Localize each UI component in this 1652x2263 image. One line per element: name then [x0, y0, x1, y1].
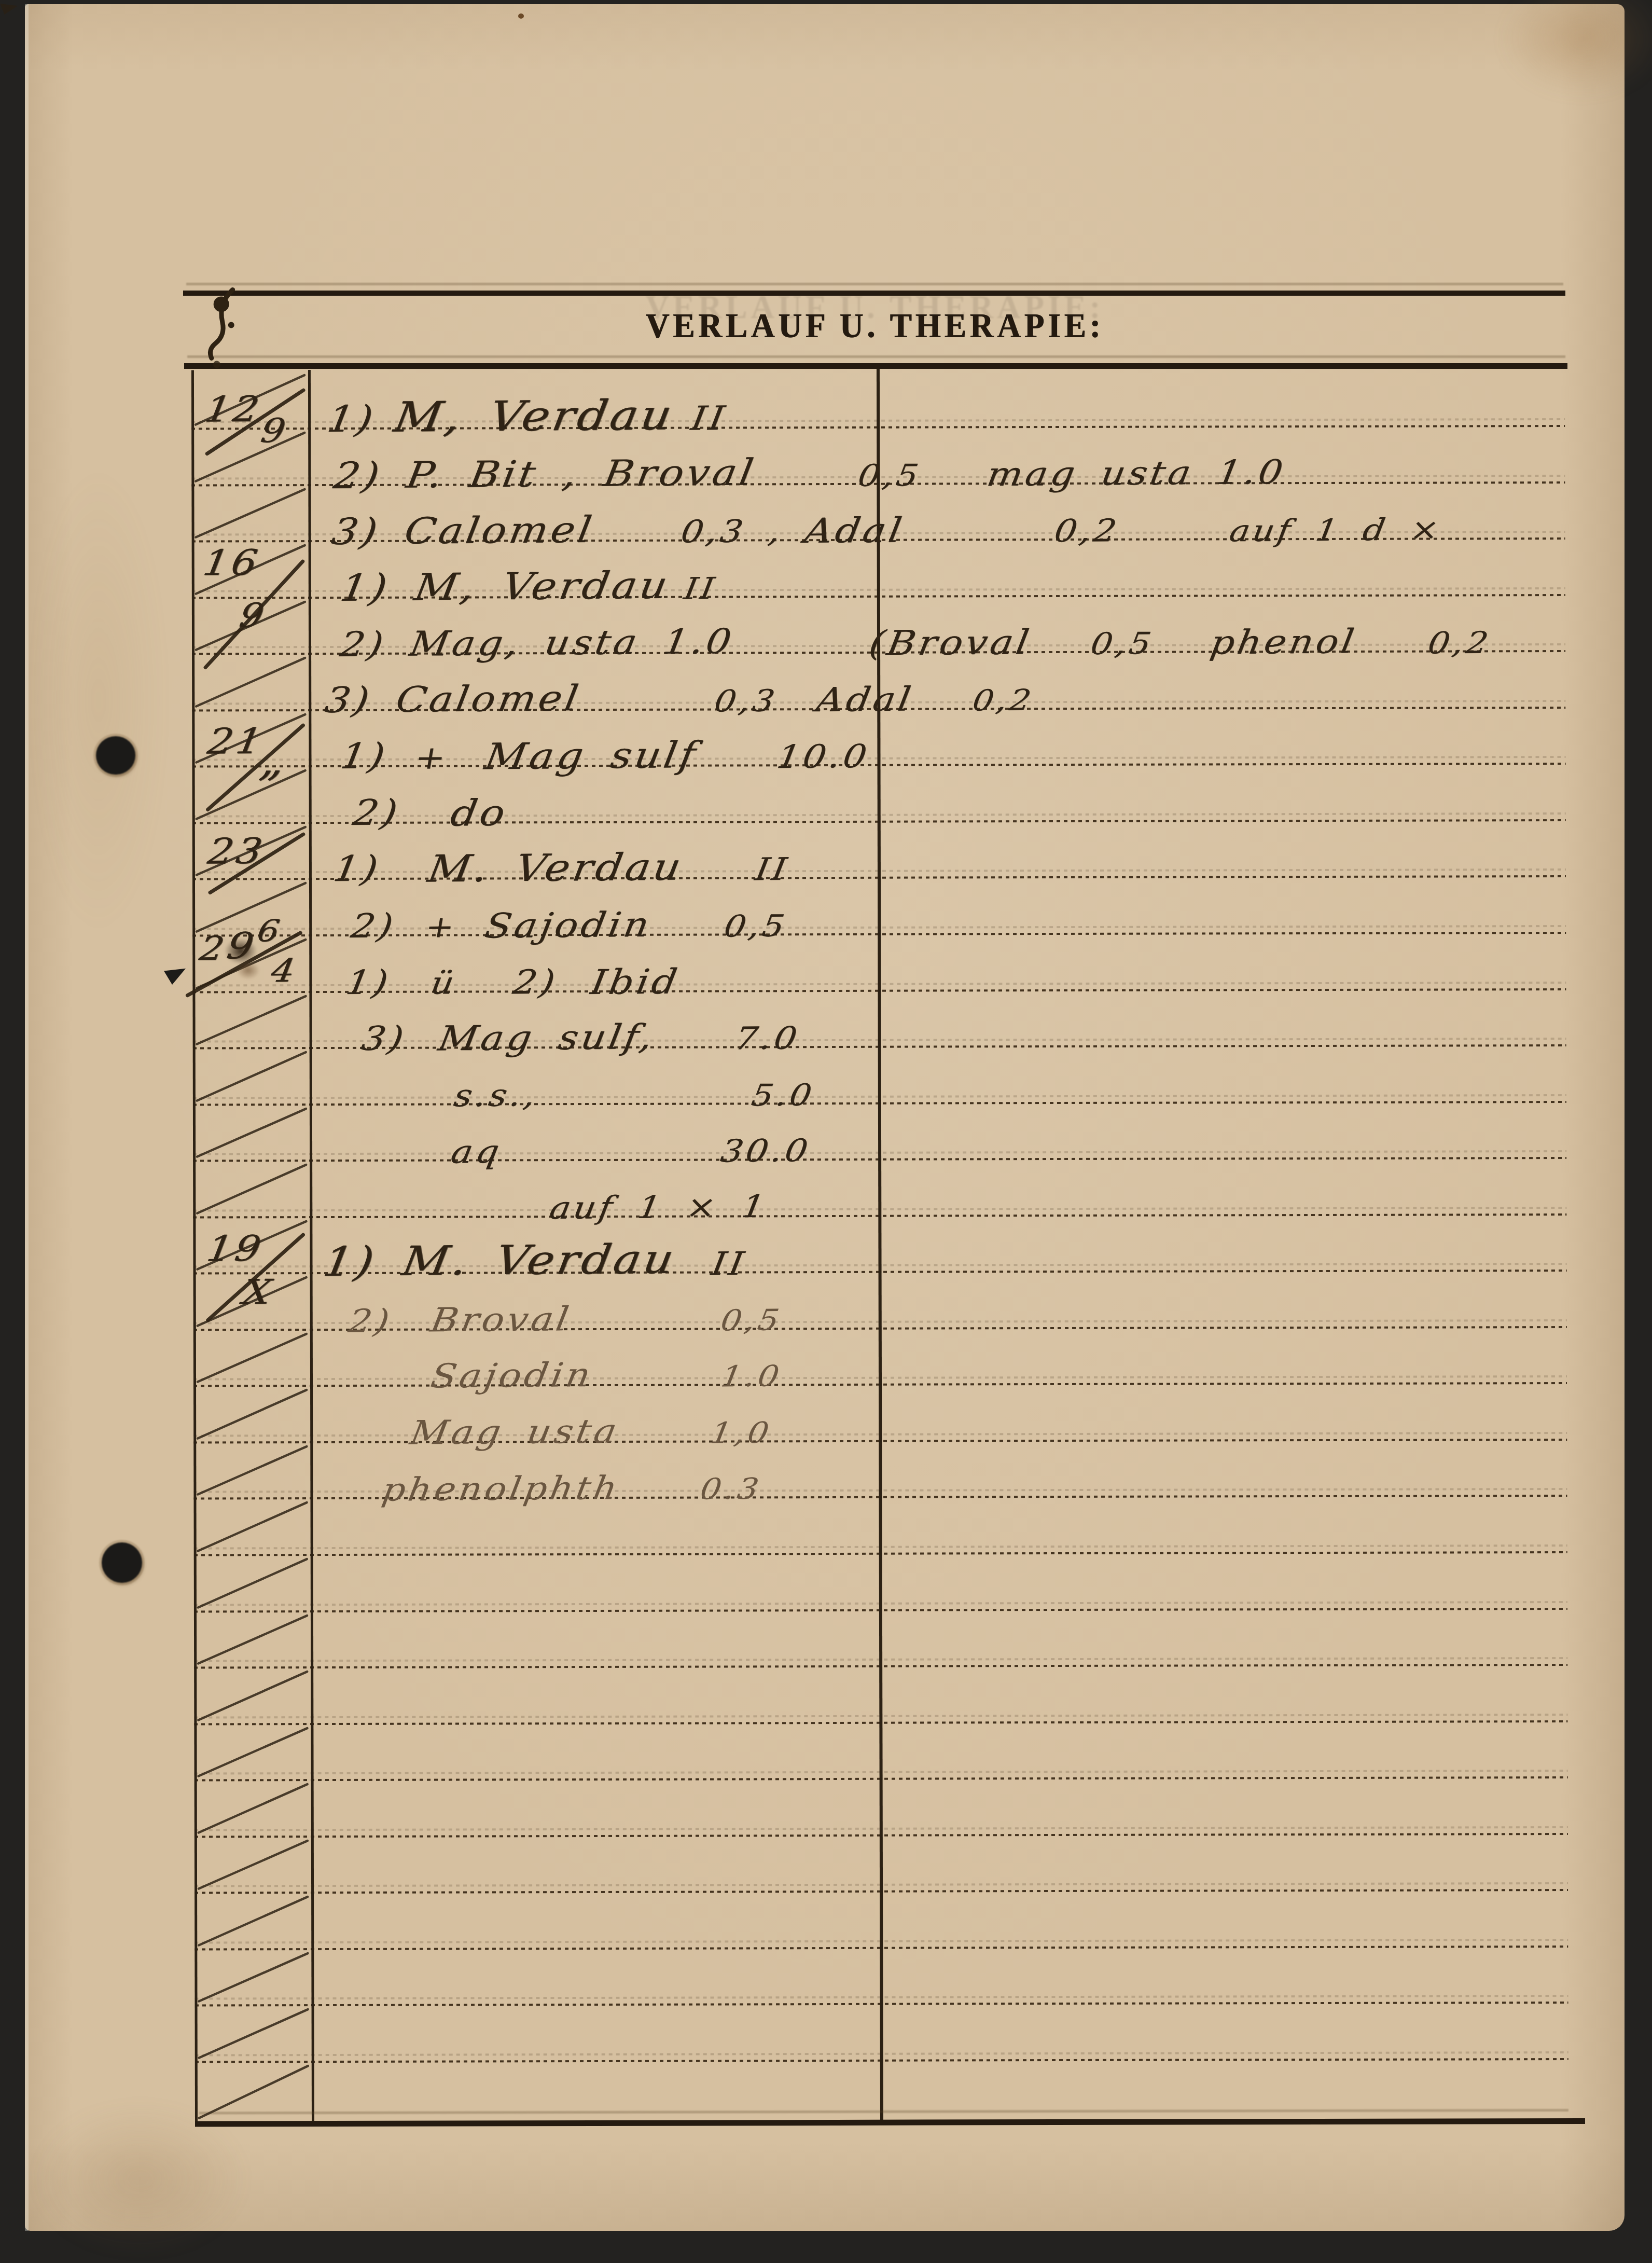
handwriting-segment: 1) [338, 736, 391, 777]
handwriting-segment: 0,5 [1088, 626, 1157, 661]
table-bottom-ghost [199, 2109, 1568, 2115]
handwriting-segment: II [709, 1245, 749, 1283]
handwriting-segment: II [688, 399, 730, 438]
handwriting-segment: 0,3 [712, 683, 780, 719]
diagonal-slash [198, 1446, 307, 1494]
handwriting-segment: 2) [346, 1302, 395, 1340]
handwriting-segment: II [753, 851, 792, 888]
ink-smudge [210, 289, 233, 358]
handwriting-segment: II [682, 571, 720, 606]
therapy-table: 12916921„23296419X 1)M, VerdauII2) P. Bi… [0, 0, 1652, 2263]
diagonal-slash [198, 1334, 307, 1382]
handwriting-segment: Mag usta [407, 1412, 622, 1452]
handwriting-segment: do [448, 792, 511, 835]
handwriting-segment: 1) [330, 848, 384, 890]
diagonal-slash [198, 1728, 307, 1776]
date-label: 9 [237, 597, 270, 635]
handwriting-segment: 1) [343, 963, 393, 1002]
handwriting-segment: 0,2 [970, 683, 1036, 717]
handwriting-segment: 0,3 , [678, 513, 786, 550]
handwriting-segment: 0,5 [721, 908, 790, 944]
handwriting-segment: 0,2 [1425, 625, 1494, 661]
handwriting-segment: Sajodin [428, 1356, 596, 1396]
date-label: 21 [205, 721, 268, 763]
handwriting-segment: phenolphth [380, 1469, 623, 1509]
handwriting-segment: 10.0 [774, 737, 872, 776]
handwriting-segment: 3) Calomel [329, 508, 598, 553]
handwriting-segment: aq [448, 1133, 505, 1171]
handwriting-segment: + [423, 909, 460, 945]
handwriting-segment: 1.0 [718, 1359, 784, 1393]
column-dividers [0, 0, 1649, 2]
date-label: 19 [204, 1229, 267, 1270]
table-left-border [191, 370, 198, 2126]
handwriting-segment: 1) M, Verdau [337, 563, 674, 610]
date-label: 16 [200, 543, 263, 584]
handwriting-segment: 1,0 [708, 1416, 774, 1450]
ink-smudge-blob [214, 296, 229, 312]
date-label: 9 [258, 412, 291, 450]
diagonal-slash [199, 2066, 308, 2118]
diagonal-slash [196, 658, 305, 706]
handwriting-segment: Broval [428, 1300, 574, 1340]
handwriting-segment: Adal [813, 680, 916, 720]
handwriting-segment: 2) [350, 792, 404, 834]
handwriting-segment: 30.0 [718, 1133, 813, 1169]
handwritten-entries: 1)M, VerdauII2) P. Bit , Broval0,5mag us… [0, 0, 1649, 2]
handwriting-segment: 0,2 [1052, 513, 1122, 549]
handwriting-segment: + [412, 738, 452, 777]
diagonal-slash [199, 1841, 308, 1888]
diagonal-slash [198, 1390, 307, 1438]
handwriting-segment: (Broval [866, 622, 1035, 664]
handwriting-segment: Sajodin [482, 905, 655, 946]
diagonal-slash [196, 489, 304, 537]
date-label: 23 [205, 831, 268, 873]
handwriting-segment: 0,5 [855, 458, 924, 493]
handwriting-segment: auf 1 d × [1227, 512, 1445, 548]
handwriting-segment: 2) [510, 963, 560, 1002]
handwriting-segment: Ibid [588, 962, 683, 1002]
ink-smudge-dot [213, 361, 220, 368]
date-column: 12916921„23296419X [0, 0, 1649, 2]
diagonal-slash [197, 1052, 306, 1100]
table-bottom-border [195, 2118, 1585, 2127]
date-label: X [240, 1272, 277, 1313]
diagonal-slash [197, 996, 306, 1044]
handwriting-segment: mag usta 1.0 [984, 453, 1288, 494]
handwriting-segment: s.s., [451, 1077, 541, 1114]
handwriting-segment: M, Verdau [391, 391, 678, 441]
date-column-divider [308, 370, 314, 2125]
slash-overlay [0, 0, 1652, 2263]
diagonal-slash [197, 1109, 306, 1156]
diagonal-slash [199, 1784, 308, 1832]
diagonal-slash [198, 1502, 307, 1551]
handwriting-segment: 2) P. Bit , Broval [330, 451, 759, 497]
date-label: 6 [255, 913, 285, 948]
diagonal-slash [198, 1559, 307, 1607]
handwriting-segment: Mag sulf [482, 734, 702, 778]
handwriting-segment: 1) M. Verdau [320, 1236, 680, 1286]
handwriting-segment: Adal [802, 510, 908, 551]
handwriting-segment: 2) [348, 907, 398, 946]
diagonal-slash [197, 770, 306, 819]
diagonal-slash [199, 2009, 308, 2058]
handwriting-segment: auf 1 × 1 [547, 1189, 770, 1227]
diagonal-slash [199, 1897, 308, 1945]
ruled-lines [0, 0, 1649, 2]
handwriting-segment: 3) Calomel [322, 678, 584, 721]
handwriting-segment: M. Verdau [425, 845, 687, 891]
handwriting-segment: 7.0 [732, 1020, 802, 1057]
diagonal-slash [198, 1672, 307, 1720]
handwriting-segment: 0.3 [698, 1472, 764, 1507]
diagonal-slash [196, 433, 304, 481]
scanned-document: VERLAUF U. THERAPIE: VERLAUF U. THERAPIE… [0, 0, 1652, 2263]
ink-smudge-dot [228, 322, 234, 328]
diagonal-slash [197, 1165, 306, 1213]
handwriting-segment: 1) [324, 397, 379, 440]
handwriting-segment: 0,5 [718, 1303, 784, 1337]
handwriting-segment: Mag sulf, [436, 1017, 659, 1058]
diagonal-slash [198, 1616, 307, 1663]
handwriting-segment: 5.0 [749, 1077, 817, 1113]
date-label: 12 [202, 389, 265, 431]
handwriting-segment: 3) [359, 1019, 409, 1058]
handwriting-segment: phenol [1207, 623, 1359, 662]
handwriting-segment: ü [428, 965, 460, 1001]
diagonal-slash [199, 1953, 308, 2001]
handwriting-segment: 2) Mag, usta 1.0 [337, 622, 737, 665]
